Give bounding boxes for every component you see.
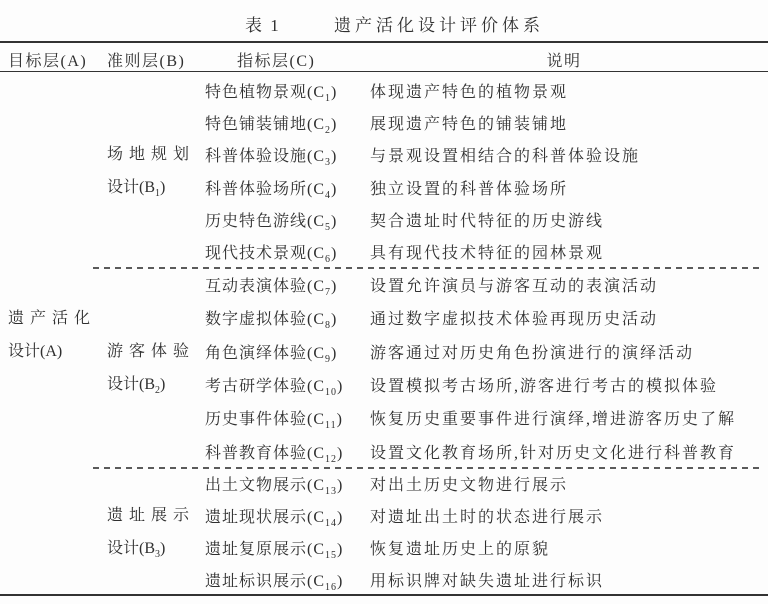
description-cell: 具有现代技术特征的园林景观: [370, 240, 604, 263]
subscript: 3: [325, 158, 331, 169]
table-row: 出土文物展示(C13)对出土历史文物进行展示: [0, 468, 768, 500]
criterion-layer-cell: 游客体验设计(B2): [107, 335, 195, 401]
document-page: 表 1 遗产活化设计评价体系 目标层(A) 准则层(B) 指标层(C) 说明 遗…: [0, 0, 768, 604]
description-cell: 契合遗址时代特征的历史游线: [370, 208, 604, 231]
table-bottom-rule: [0, 594, 768, 596]
description-cell: 体现遗产特色的植物景观: [370, 79, 568, 102]
indicator-cell: 历史特色游线(C5): [205, 208, 370, 231]
subscript: 7: [325, 287, 331, 298]
indicator-cell: 遗址标识展示(C16): [205, 568, 370, 591]
indicator-cell: 科普体验设施(C3): [205, 143, 370, 166]
subscript: 4: [325, 190, 331, 201]
criterion-group-1: 场地规划设计(B1)特色植物景观(C1)体现遗产特色的植物景观特色铺装铺地(C2…: [0, 74, 768, 268]
table-row: 科普教育体验(C12)设置文化教育场所,针对历史文化进行科普教育: [0, 435, 768, 468]
table-row: 遗址标识展示(C16)用标识牌对缺失遗址进行标识: [0, 563, 768, 595]
subscript: 2: [155, 385, 160, 396]
subscript: 8: [325, 321, 331, 332]
criterion-group-2: 游客体验设计(B2)互动表演体验(C7)设置允许演员与游客互动的表演活动数字虚拟…: [0, 268, 768, 468]
column-header-target-layer: 目标层(A): [8, 48, 87, 71]
criterion-code: 设计(B1): [107, 171, 195, 204]
description-cell: 设置模拟考古场所,游客进行考古的模拟体验: [370, 373, 718, 396]
description-cell: 对遗址出土时的状态进行展示: [370, 504, 604, 527]
criterion-name: 遗址展示: [107, 499, 195, 532]
subscript: 10: [325, 387, 337, 398]
indicator-cell: 科普教育体验(C12): [205, 440, 370, 463]
description-cell: 通过数字虚拟技术体验再现历史活动: [370, 306, 658, 329]
indicator-cell: 科普体验场所(C4): [205, 176, 370, 199]
criterion-layer-cell: 场地规划设计(B1): [107, 138, 195, 204]
subscript: 12: [325, 454, 337, 465]
subscript: 14: [325, 518, 337, 529]
indicator-cell: 考古研学体验(C10): [205, 373, 370, 396]
description-cell: 恢复历史重要事件进行演绎,增进游客历史了解: [370, 406, 736, 429]
table-row: 历史特色游线(C5)契合遗址时代特征的历史游线: [0, 203, 768, 235]
indicator-cell: 特色植物景观(C1): [205, 79, 370, 102]
dashed-divider: [93, 267, 762, 269]
criterion-group-3: 遗址展示设计(B3)出土文物展示(C13)对出土历史文物进行展示遗址现状展示(C…: [0, 468, 768, 595]
subscript: 2: [325, 125, 331, 136]
column-header-description: 说明: [365, 48, 763, 71]
table-top-rule: [0, 41, 768, 43]
indicator-cell: 出土文物展示(C13): [205, 472, 370, 495]
subscript: 11: [325, 421, 337, 432]
indicator-cell: 遗址现状展示(C14): [205, 504, 370, 527]
subscript: 13: [325, 487, 337, 498]
criterion-layer-cell: 遗址展示设计(B3): [107, 499, 195, 565]
description-cell: 用标识牌对缺失遗址进行标识: [370, 568, 604, 591]
indicator-cell: 角色演绎体验(C9): [205, 340, 370, 363]
description-cell: 恢复遗址历史上的原貌: [370, 536, 550, 559]
indicator-cell: 特色铺装铺地(C2): [205, 111, 370, 134]
criterion-code: 设计(B3): [107, 532, 195, 565]
subscript: 9: [325, 354, 331, 365]
subscript: 16: [325, 582, 337, 593]
criterion-name: 游客体验: [107, 335, 195, 368]
description-cell: 对出土历史文物进行展示: [370, 472, 568, 495]
column-header-criterion-layer: 准则层(B): [107, 48, 185, 71]
description-cell: 与景观设置相结合的科普体验设施: [370, 143, 640, 166]
criterion-code: 设计(B2): [107, 368, 195, 401]
table-row: 特色铺装铺地(C2)展现遗产特色的铺装铺地: [0, 106, 768, 138]
dashed-divider: [93, 467, 762, 469]
subscript: 15: [325, 550, 337, 561]
description-cell: 游客通过对历史角色扮演进行的演绎活动: [370, 340, 694, 363]
indicator-cell: 遗址复原展示(C15): [205, 536, 370, 559]
table-row: 特色植物景观(C1)体现遗产特色的植物景观: [0, 74, 768, 106]
description-cell: 设置文化教育场所,针对历史文化进行科普教育: [370, 440, 736, 463]
table-title: 遗产活化设计评价体系: [334, 11, 544, 36]
header-separator-rule: [0, 71, 768, 72]
indicator-cell: 历史事件体验(C11): [205, 406, 370, 429]
criterion-name: 场地规划: [107, 138, 195, 171]
indicator-cell: 数字虚拟体验(C8): [205, 306, 370, 329]
subscript: 6: [325, 254, 331, 265]
table-body: 遗产活化 设计(A) 场地规划设计(B1)特色植物景观(C1)体现遗产特色的植物…: [0, 74, 768, 595]
subscript: 5: [325, 222, 331, 233]
subscript: 3: [155, 549, 160, 560]
description-cell: 设置允许演员与游客互动的表演活动: [370, 273, 658, 296]
table-row: 数字虚拟体验(C8)通过数字虚拟技术体验再现历史活动: [0, 301, 768, 334]
column-header-indicator-layer: 指标层(C): [237, 48, 315, 71]
table-number-label: 表 1: [245, 11, 281, 36]
subscript: 1: [325, 93, 331, 104]
description-cell: 独立设置的科普体验场所: [370, 176, 568, 199]
indicator-cell: 互动表演体验(C7): [205, 273, 370, 296]
table-row: 互动表演体验(C7)设置允许演员与游客互动的表演活动: [0, 268, 768, 301]
table-row: 历史事件体验(C11)恢复历史重要事件进行演绎,增进游客历史了解: [0, 401, 768, 434]
table-row: 现代技术景观(C6)具有现代技术特征的园林景观: [0, 236, 768, 268]
subscript: 1: [155, 188, 160, 199]
description-cell: 展现遗产特色的铺装铺地: [370, 111, 568, 134]
indicator-cell: 现代技术景观(C6): [205, 240, 370, 263]
